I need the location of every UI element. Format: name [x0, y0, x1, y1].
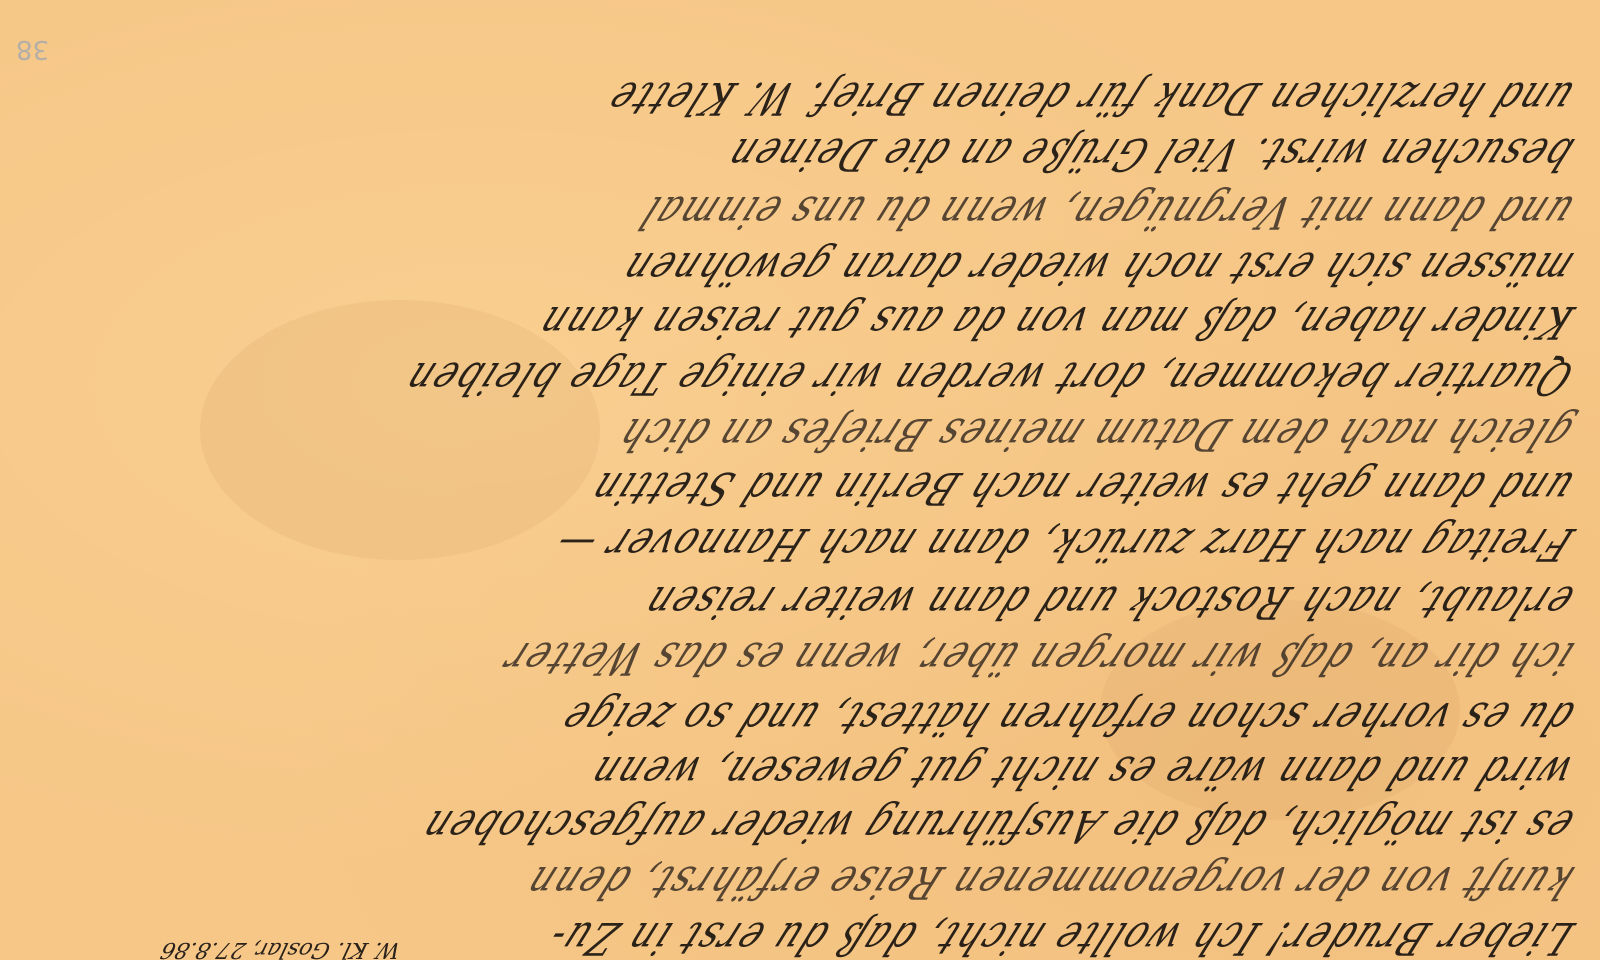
handwritten-line: und herzlichen Dank für deinen Brief. W.…	[598, 72, 1582, 123]
handwritten-line: und dann geht es weiter nach Berlin und …	[581, 462, 1582, 513]
handwritten-line: müssen sich erst noch wieder daran gewöh…	[612, 242, 1582, 293]
handwritten-line: du es vorher schon erfahren hättest, und…	[552, 692, 1582, 743]
handwritten-line: besuchen wirst. Viel Grüße an die Deinen	[718, 128, 1582, 179]
handwritten-line: Kinder haben, daß man von da aus gut rei…	[529, 296, 1582, 347]
handwritten-line: Freitag nach Harz zurück, dann nach Hann…	[544, 518, 1582, 569]
footer-date-note: W. Kl. Goslar, 27.8.86	[158, 937, 403, 960]
document-scan: Lieber Bruder! Ich wollte nicht, daß du …	[0, 0, 1600, 960]
handwritten-letter-upside-down: Lieber Bruder! Ich wollte nicht, daß du …	[0, 0, 1600, 960]
archive-pencil-number: 38	[16, 34, 49, 64]
handwritten-line: ich dir an, daß wir morgen über, wenn es…	[494, 632, 1582, 683]
handwritten-line: gleich nach dem Datum meines Briefes an …	[609, 408, 1582, 459]
handwritten-line: es ist möglich, daß die Ausführung wiede…	[412, 800, 1582, 851]
handwritten-line: kunft von der vorgenommenen Reise erfähr…	[516, 856, 1581, 907]
handwritten-line: Lieber Bruder! Ich wollte nicht, daß du …	[538, 912, 1582, 960]
handwritten-line: und dann mit Vergnügen, wenn du uns einm…	[631, 186, 1582, 237]
handwritten-line: Quartier bekommen, dort werden wir einig…	[395, 352, 1582, 403]
handwritten-line: erlaubt, nach Rostock und dann weiter re…	[634, 576, 1581, 627]
handwritten-line: wird und dann wäre es nicht gut gewesen,…	[580, 746, 1581, 797]
